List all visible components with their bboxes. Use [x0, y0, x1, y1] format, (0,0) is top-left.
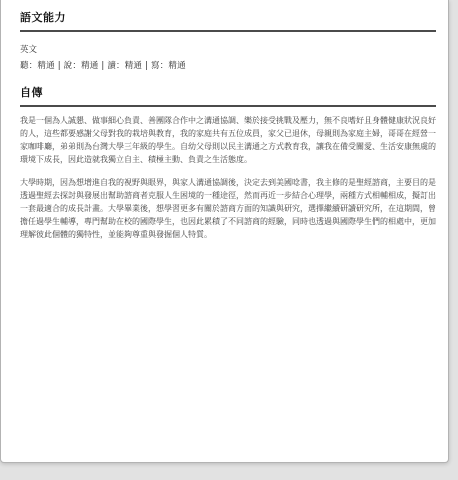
language-proficiency: 聽：精通 | 說：精通 | 讀：精通 | 寫：精通 — [20, 59, 436, 71]
resume-page: 語文能力 英文 聽：精通 | 說：精通 | 讀：精通 | 寫：精通 自傳 我是一… — [0, 0, 449, 463]
section-divider — [20, 30, 436, 32]
document-viewport: 語文能力 英文 聽：精通 | 說：精通 | 讀：精通 | 寫：精通 自傳 我是一… — [0, 0, 458, 480]
autobiography-paragraph-1: 我是一個為人誠懇、做事細心負責、善團隊合作中之溝通協調、樂於接受挑戰及壓力，無不… — [20, 114, 436, 166]
section-title-autobiography: 自傳 — [20, 84, 436, 100]
language-name: 英文 — [20, 43, 436, 55]
autobiography-paragraph-2: 大學時期，因為想增進自我的視野與眼界，與家人溝通協調後，決定去到美國唸書，我主修… — [20, 176, 436, 241]
section-title-language-ability: 語文能力 — [20, 9, 436, 25]
section-divider — [20, 105, 436, 107]
